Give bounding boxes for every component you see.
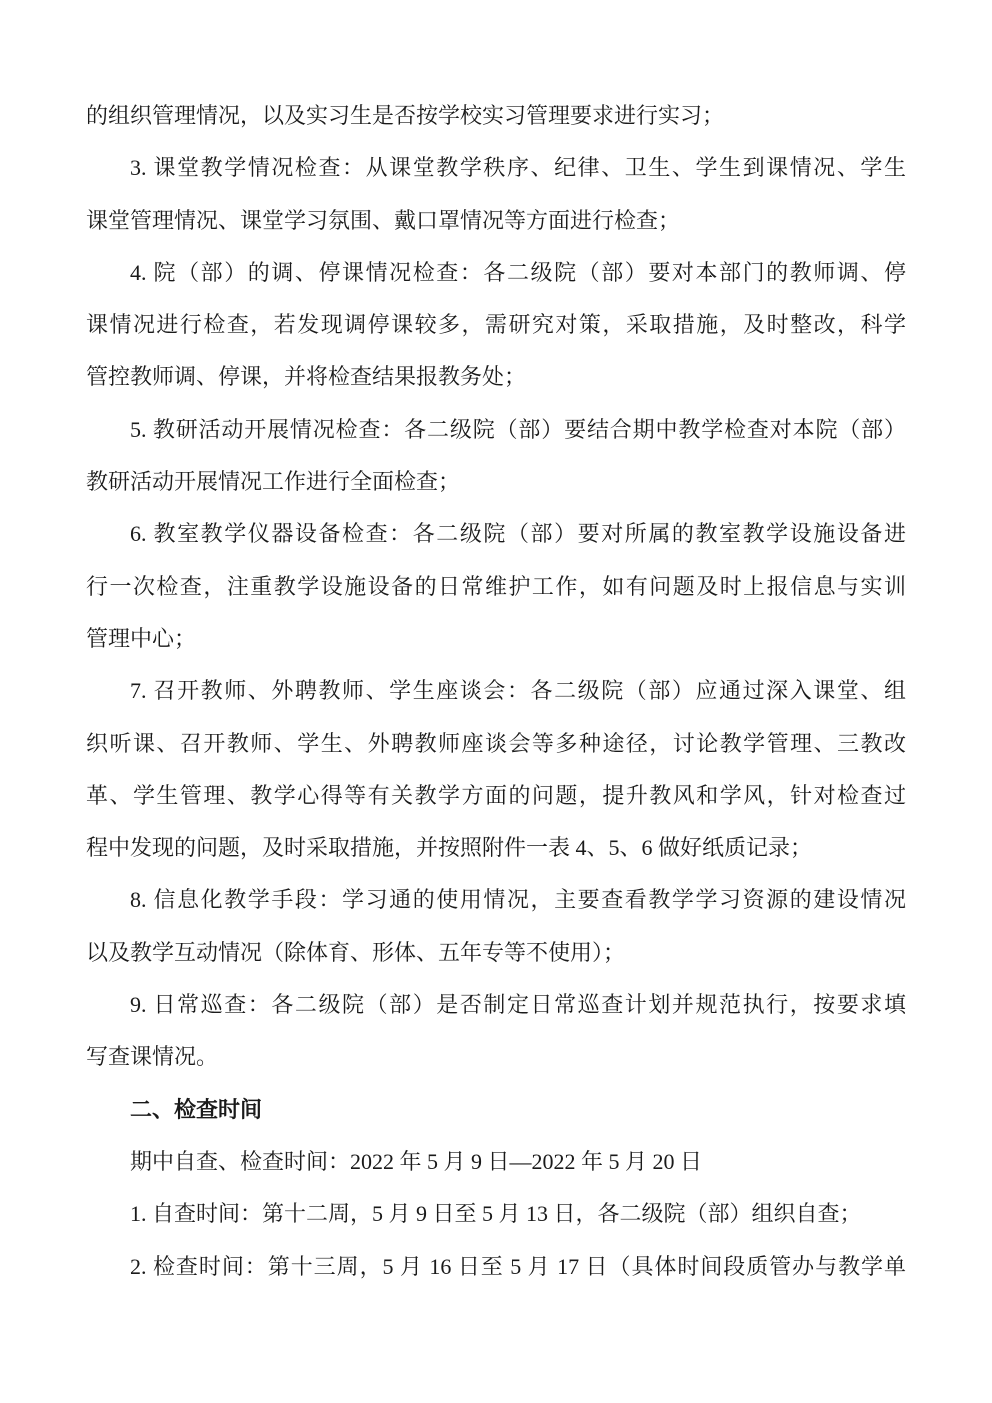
paragraph-line: 的组织管理情况，以及实习生是否按学校实习管理要求进行实习；: [86, 90, 906, 142]
paragraph-line: 7. 召开教师、外聘教师、学生座谈会：各二级院（部）应通过深入课堂、组: [86, 665, 906, 717]
paragraph-line: 管理中心；: [86, 613, 906, 665]
paragraph-line: 写查课情况。: [86, 1031, 906, 1083]
paragraph-line: 行一次检查，注重教学设施设备的日常维护工作，如有问题及时上报信息与实训: [86, 561, 906, 613]
paragraph-line: 2. 检查时间：第十三周，5 月 16 日至 5 月 17 日（具体时间段质管办…: [86, 1241, 906, 1293]
paragraph-line: 课情况进行检查，若发现调停课较多，需研究对策，采取措施，及时整改，科学: [86, 299, 906, 351]
paragraph-line: 期中自查、检查时间：2022 年 5 月 9 日—2022 年 5 月 20 日: [86, 1136, 906, 1188]
paragraph-line: 8. 信息化教学手段：学习通的使用情况，主要查看教学学习资源的建设情况: [86, 874, 906, 926]
paragraph-line: 3. 课堂教学情况检查：从课堂教学秩序、纪律、卫生、学生到课情况、学生: [86, 142, 906, 194]
paragraph-line: 以及教学互动情况（除体育、形体、五年专等不使用）；: [86, 927, 906, 979]
document-page: 的组织管理情况，以及实习生是否按学校实习管理要求进行实习； 3. 课堂教学情况检…: [0, 0, 992, 1403]
paragraph-line: 9. 日常巡查：各二级院（部）是否制定日常巡查计划并规范执行，按要求填: [86, 979, 906, 1031]
paragraph-line: 管控教师调、停课，并将检查结果报教务处；: [86, 351, 906, 403]
paragraph-line: 课堂管理情况、课堂学习氛围、戴口罩情况等方面进行检查；: [86, 195, 906, 247]
section-heading-check-time: 二、检查时间: [86, 1084, 906, 1136]
paragraph-line: 教研活动开展情况工作进行全面检查；: [86, 456, 906, 508]
paragraph-line: 织听课、召开教师、学生、外聘教师座谈会等多种途径，讨论教学管理、三教改: [86, 718, 906, 770]
paragraph-line: 5. 教研活动开展情况检查：各二级院（部）要结合期中教学检查对本院（部）: [86, 404, 906, 456]
document-body: 的组织管理情况，以及实习生是否按学校实习管理要求进行实习； 3. 课堂教学情况检…: [86, 90, 906, 1293]
paragraph-line: 程中发现的问题，及时采取措施，并按照附件一表 4、5、6 做好纸质记录；: [86, 822, 906, 874]
paragraph-line: 4. 院（部）的调、停课情况检查：各二级院（部）要对本部门的教师调、停: [86, 247, 906, 299]
paragraph-line: 1. 自查时间：第十二周，5 月 9 日至 5 月 13 日，各二级院（部）组织…: [86, 1188, 906, 1240]
paragraph-line: 6. 教室教学仪器设备检查：各二级院（部）要对所属的教室教学设施设备进: [86, 508, 906, 560]
paragraph-line: 革、学生管理、教学心得等有关教学方面的问题，提升教风和学风，针对检查过: [86, 770, 906, 822]
